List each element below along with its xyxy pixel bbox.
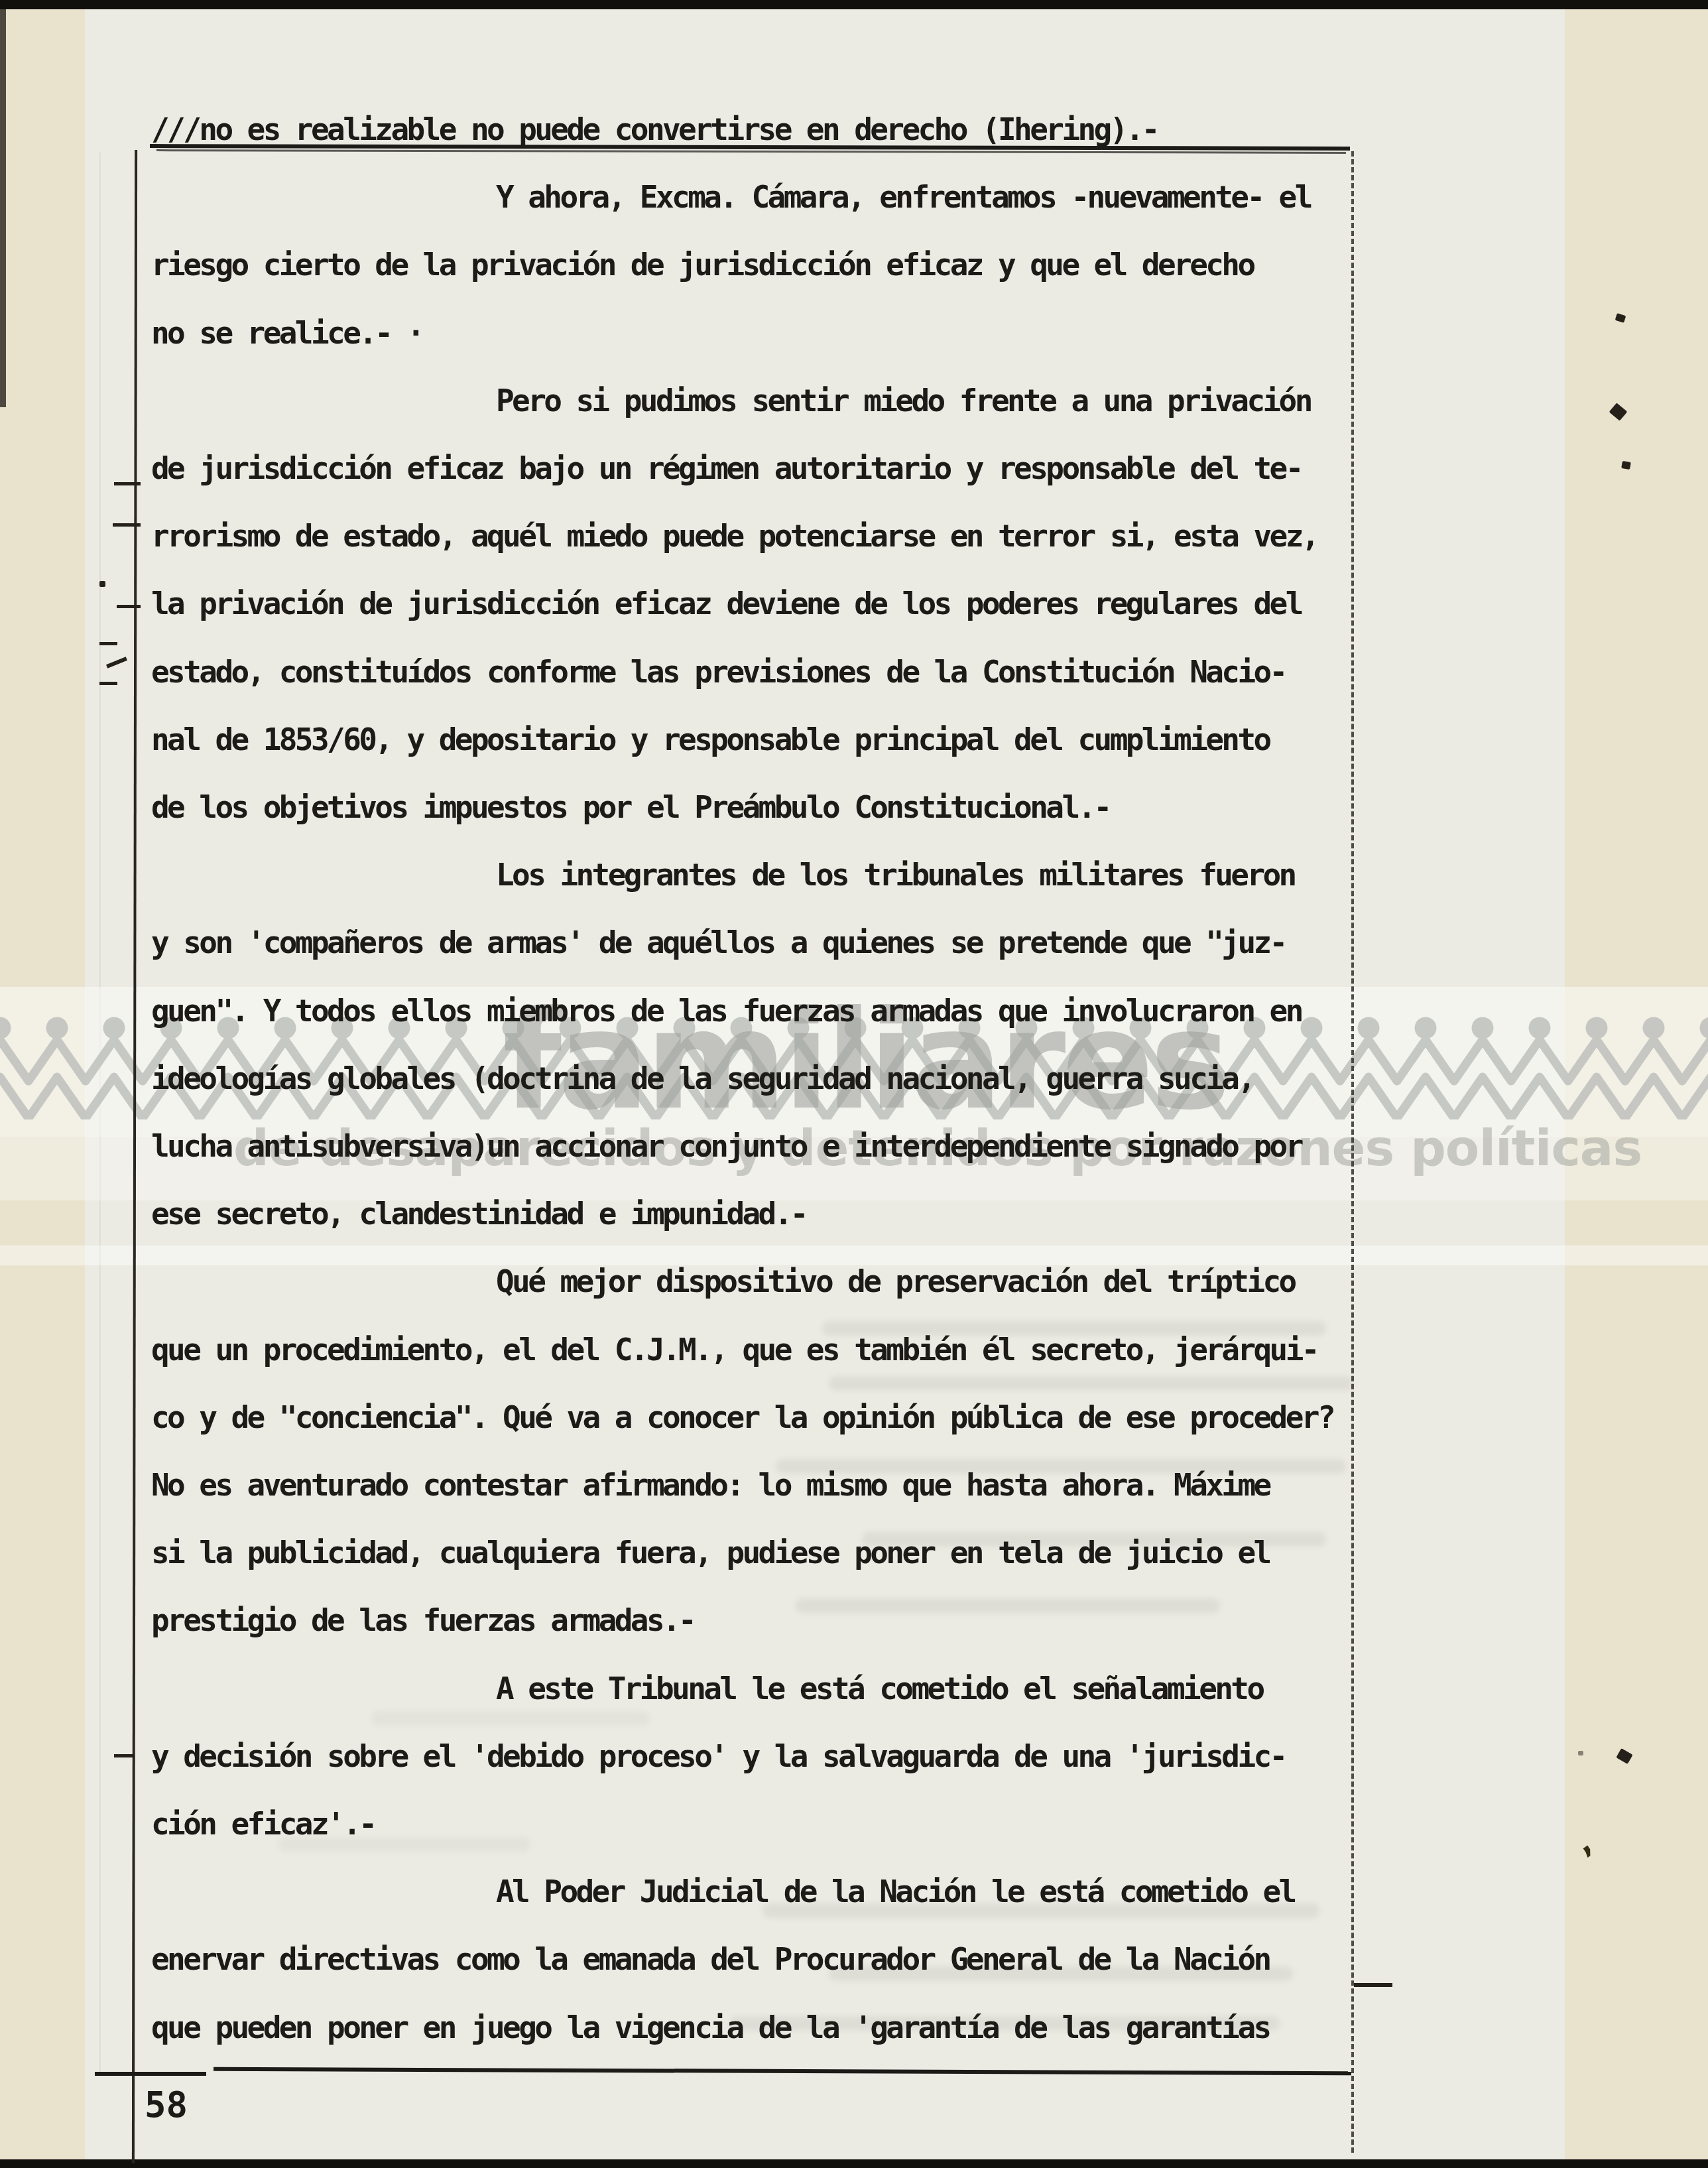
text-line: No es aventurado contestar afirmando: lo… [151,1464,1270,1506]
text-line: de los objetivos impuestos por el Preámb… [151,786,1110,828]
text-line: Pero si pudimos sentir miedo frente a un… [496,379,1311,422]
text-line: no se realice.- · [151,312,423,354]
text-line: si la publicidad, cualquiera fuera, pudi… [151,1531,1270,1574]
text-line: prestigio de las fuerzas armadas.- [151,1599,694,1641]
text-line: co y de "conciencia". Qué va a conocer l… [151,1396,1333,1438]
text-line: lucha antisubversiva)un accionar conjunt… [151,1125,1302,1167]
text-line: Los integrantes de los tribunales milita… [496,854,1295,896]
text-line: que un procedimiento, el del C.J.M., que… [151,1328,1317,1371]
text-line: rrorismo de estado, aquél miedo puede po… [151,515,1317,557]
text-line: nal de 1853/60, y depositario y responsa… [151,718,1270,761]
text-line: Y ahora, Excma. Cámara, enfrentamos -nue… [496,176,1311,218]
text-line: enervar directivas como la emanada del P… [151,1938,1270,1980]
text-line: la privación de jurisdicción eficaz devi… [151,582,1302,625]
page-number: 58 [145,2084,188,2126]
text-line: que pueden poner en juego la vigencia de… [151,2006,1270,2049]
text-line: ideologías globales (doctrina de la segu… [151,1057,1254,1100]
text-line: riesgo cierto de la privación de jurisdi… [151,243,1254,286]
text-line: ción eficaz'.- [151,1803,375,1845]
typewritten-text: ///no es realizable no puede convertirse… [0,0,1708,2168]
text-line: Qué mejor dispositivo de preservación de… [496,1260,1295,1303]
text-line: ese secreto, clandestinidad e impunidad.… [151,1192,806,1235]
text-line: guen". Y todos ellos miembros de las fue… [151,989,1302,1032]
scanned-document-page: { "document": { "page_number": "58", "li… [0,0,1708,2168]
text-line: y decisión sobre el 'debido proceso' y l… [151,1735,1286,1777]
text-line: estado, constituídos conforme las previs… [151,651,1286,693]
text-line: Al Poder Judicial de la Nación le está c… [496,1870,1295,1913]
text-line: A este Tribunal le está cometido el seña… [496,1667,1263,1710]
text-line: de jurisdicción eficaz bajo un régimen a… [151,447,1302,489]
text-line: y son 'compañeros de armas' de aquéllos … [151,921,1286,964]
text-line: ///no es realizable no puede convertirse… [151,108,1158,151]
